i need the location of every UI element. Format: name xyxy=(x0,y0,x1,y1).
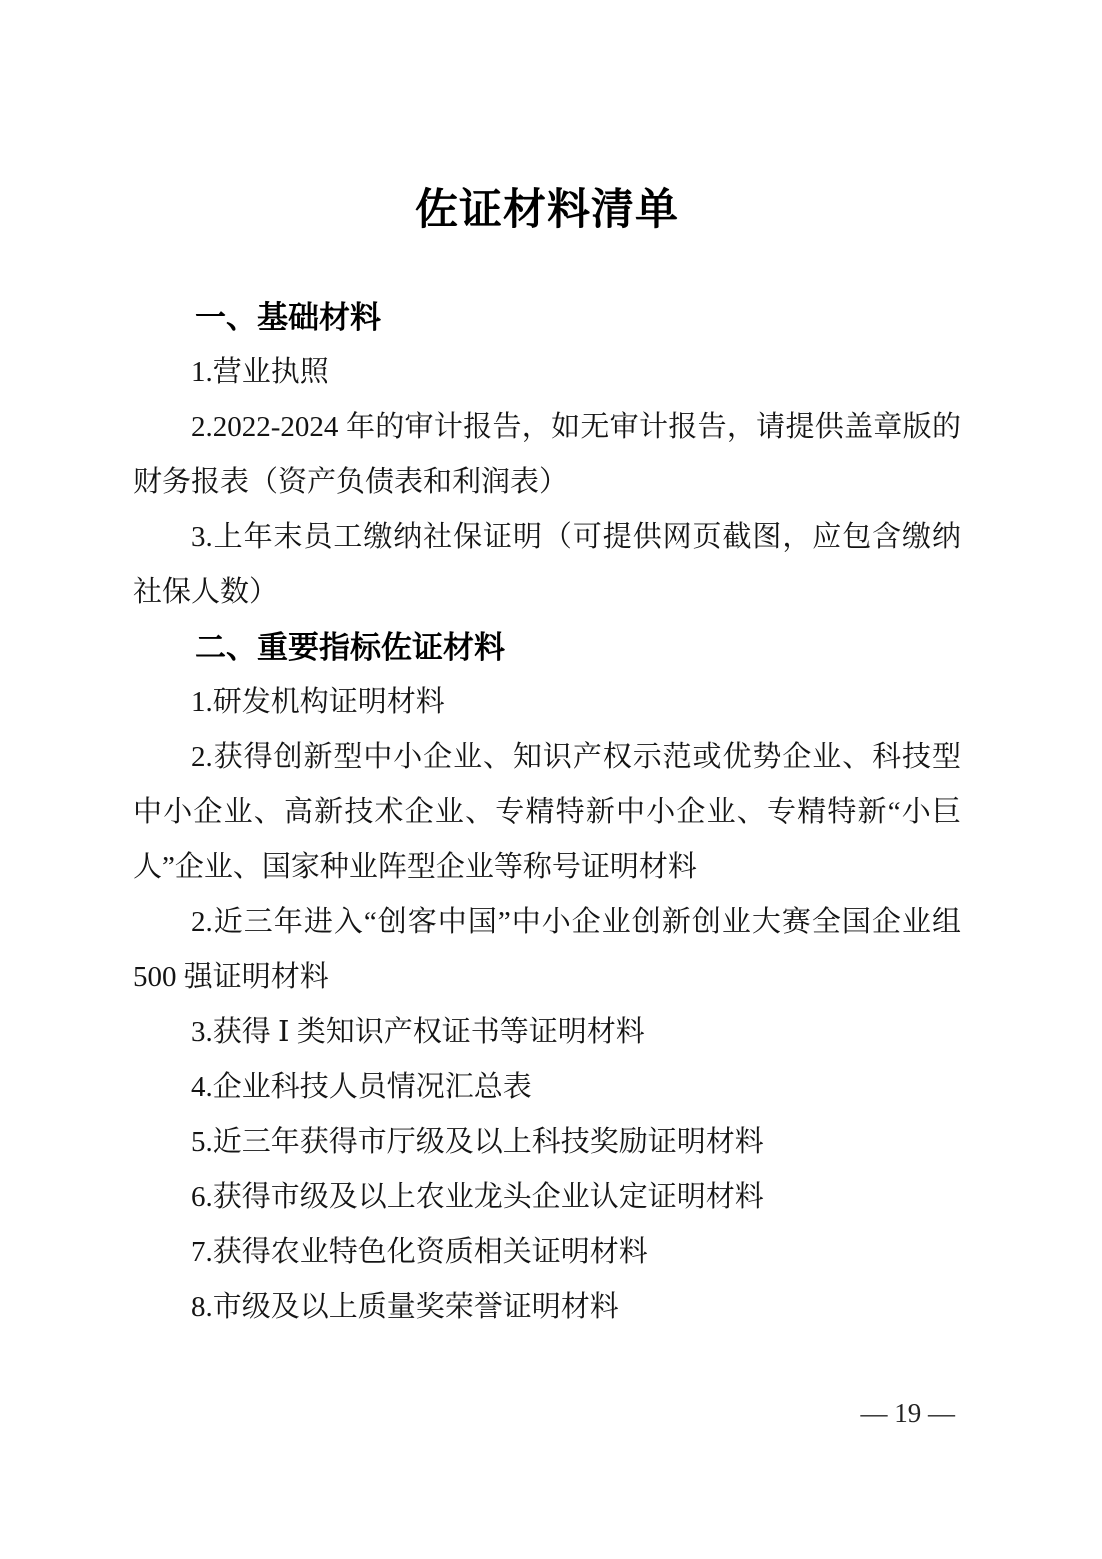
section-2-item-5: 4.企业科技人员情况汇总表 xyxy=(133,1060,961,1115)
section-2-item-1: 1.研发机构证明材料 xyxy=(133,675,961,730)
section-1-item-2: 2.2022-2024 年的审计报告，如无审计报告，请提供盖章版的财务报表（资产… xyxy=(133,400,961,510)
page-number: — 19 — xyxy=(133,1396,955,1430)
section-2-item-6: 5.近三年获得市厅级及以上科技奖励证明材料 xyxy=(133,1115,961,1170)
section-2-item-8: 7.获得农业特色化资质相关证明材料 xyxy=(133,1225,961,1280)
section-2-item-3: 2.近三年进入“创客中国”中小企业创新创业大赛全国企业组 500 强证明材料 xyxy=(133,895,961,1005)
document-page: 佐证材料清单 一、基础材料 1.营业执照 2.2022-2024 年的审计报告，… xyxy=(0,0,1102,1559)
section-1-item-1: 1.营业执照 xyxy=(133,345,961,400)
section-1-heading: 一、基础材料 xyxy=(133,290,961,345)
section-2-item-4: 3.获得 Ⅰ 类知识产权证书等证明材料 xyxy=(133,1005,961,1060)
section-2-item-7: 6.获得市级及以上农业龙头企业认定证明材料 xyxy=(133,1170,961,1225)
section-2-item-9: 8.市级及以上质量奖荣誉证明材料 xyxy=(133,1280,961,1335)
page-title: 佐证材料清单 xyxy=(133,182,961,238)
section-1-item-3: 3.上年末员工缴纳社保证明（可提供网页截图，应包含缴纳社保人数） xyxy=(133,510,961,620)
document-body: 一、基础材料 1.营业执照 2.2022-2024 年的审计报告，如无审计报告，… xyxy=(133,290,961,1335)
section-2-heading: 二、重要指标佐证材料 xyxy=(133,620,961,675)
section-2-item-2: 2.获得创新型中小企业、知识产权示范或优势企业、科技型中小企业、高新技术企业、专… xyxy=(133,730,961,895)
